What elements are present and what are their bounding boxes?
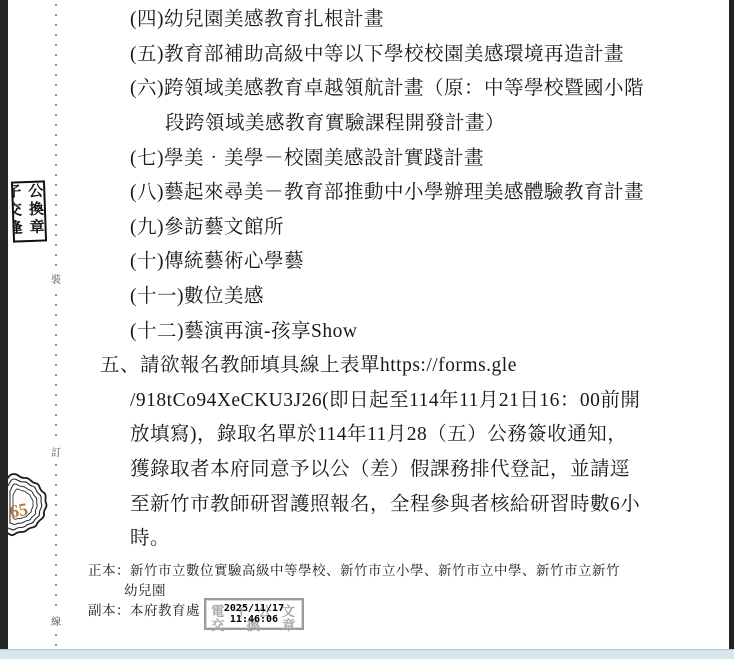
distribution-copy-line: 副本：本府教育處	[88, 601, 724, 621]
partial-exchange-stamp: 子交逢 公換章	[11, 180, 47, 242]
document-line: 獲錄取者本府同意予以公（差）假課務排代登記，並請逕	[0, 450, 728, 485]
stamp-column-right: 公換章	[26, 183, 44, 238]
viewer-gutter-left	[0, 0, 8, 649]
document-line: /918tCo94XeCKU3J26(即日起至114年11月21日16：00前開	[0, 381, 728, 416]
document-line: (八)藝起來尋美－教育部推動中小學辦理美感體驗教育計畫	[0, 173, 728, 208]
document-line: 時。	[0, 519, 728, 554]
exchange-date: 2025/11/17	[206, 603, 302, 614]
document-line: (九)參訪藝文館所	[0, 208, 728, 243]
document-viewer: (四)幼兒園美感教育扎根計畫 (五)教育部補助高級中等以下學校校園美感環境再造計…	[0, 0, 734, 659]
footer-distribution: 正本：新竹市立數位實驗高級中等學校、新竹市立小學、新竹市立中學、新竹市立新竹 幼…	[88, 561, 724, 621]
stamp-column-left: 子交逢	[11, 183, 22, 238]
horizontal-scrollbar[interactable]	[0, 649, 734, 659]
page-seal-number: 65	[8, 499, 29, 522]
document-line: (十一)數位美感	[0, 277, 728, 312]
document-body: (四)幼兒園美感教育扎根計畫 (五)教育部補助高級中等以下學校校園美感環境再造計…	[0, 0, 728, 554]
binding-mark-ding: 訂	[48, 441, 64, 462]
document-line: (六)跨領域美感教育卓越領航計畫（原：中等學校暨國小階	[0, 69, 728, 104]
binding-dotted-line	[55, 4, 57, 646]
distribution-original-line: 正本：新竹市立數位實驗高級中等學校、新竹市立小學、新竹市立中學、新竹市立新竹	[88, 561, 724, 581]
exchange-timestamp: 2025/11/17 11:46:06	[206, 603, 302, 625]
page-seal: 65	[1, 471, 51, 549]
binding-mark-xian: 線	[48, 610, 64, 631]
document-line: (五)教育部補助高級中等以下學校校園美感環境再造計畫	[0, 35, 728, 70]
distribution-original-continuation: 幼兒園	[88, 581, 724, 601]
document-line: 至新竹市教師研習護照報名，全程參與者核給研習時數6小	[0, 484, 728, 519]
document-line: 放填寫)，錄取名單於114年11月28（五）公務簽收通知，	[0, 415, 728, 450]
document-line: 五、請欲報名教師填具線上表單https://forms.gle	[0, 346, 728, 381]
viewer-gutter-right	[729, 0, 734, 649]
document-line: 段跨領域美感教育實驗課程開發計畫）	[0, 104, 728, 139]
document-line: (四)幼兒園美感教育扎根計畫	[0, 0, 728, 35]
document-line: (十)傳統藝術心學藝	[0, 242, 728, 277]
exchange-time: 11:46:06	[206, 614, 302, 625]
binding-mark-zhuang: 裝	[48, 268, 64, 289]
document-line: (七)學美‧美學－校園美感設計實踐計畫	[0, 138, 728, 173]
electronic-exchange-stamp: 電子公文 交換章 2025/11/17 11:46:06	[204, 598, 304, 630]
document-line: (十二)藝演再演-孩享Show	[0, 311, 728, 346]
